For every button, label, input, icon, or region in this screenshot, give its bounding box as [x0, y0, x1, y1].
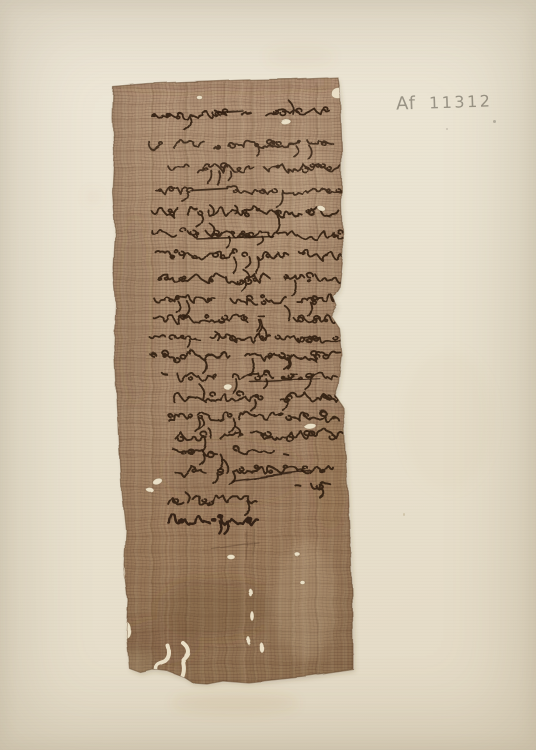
- fiber-crease: [225, 82, 226, 682]
- papyrus-hole: [116, 564, 126, 588]
- papyrus-hole: [294, 552, 300, 556]
- paper-speck: [403, 513, 405, 516]
- mottle-patch: [162, 440, 302, 504]
- mottle-patch: [121, 215, 149, 405]
- papyrus-hole: [247, 637, 251, 645]
- fiber-crease: [186, 82, 187, 682]
- ink-smudge: [246, 531, 247, 560]
- pencil-dot: [446, 128, 448, 130]
- papyrus-fragment: [100, 70, 362, 695]
- papyrus-hole: [224, 384, 233, 390]
- fiber-crease: [316, 82, 317, 682]
- papyrus-hole: [339, 292, 355, 324]
- mottle-patch: [275, 540, 335, 660]
- papyrus-hole: [197, 96, 203, 100]
- papyrus-hole: [109, 418, 119, 434]
- backing-stain: [266, 48, 334, 66]
- backing-stain: [403, 350, 493, 490]
- papyrus-hole: [248, 588, 252, 596]
- photo-canvas: Af 11312: [0, 0, 536, 750]
- backing-stain: [88, 193, 98, 201]
- fiber-crease: [290, 82, 291, 682]
- papyrus-hole: [260, 643, 265, 653]
- backing-stain: [173, 692, 297, 714]
- photo-scene: [0, 0, 536, 750]
- pencil-dot: [493, 120, 496, 123]
- papyrus-hole: [340, 388, 352, 404]
- fiber-crease: [152, 82, 153, 682]
- papyrus-hole: [250, 611, 254, 621]
- papyrus-hole: [301, 581, 306, 585]
- papyrus-hole: [331, 87, 345, 99]
- fiber-crease: [168, 82, 169, 682]
- papyrus-hole: [227, 555, 235, 560]
